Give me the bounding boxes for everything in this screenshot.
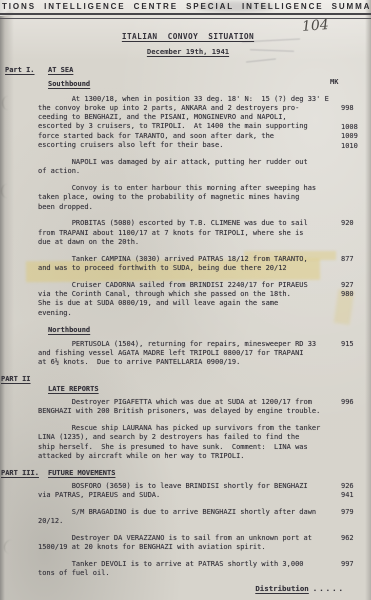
reference-number: 920: [341, 219, 354, 228]
document-title: ITALIAN CONVOY SITUATION: [38, 32, 338, 41]
reference-number: 926: [341, 482, 354, 491]
pencil-scribble: [246, 58, 276, 62]
paragraph-text: PERTUSOLA (1504), returning for repairs,…: [38, 340, 334, 368]
paragraph-napoli-damaged: NAPOLI was damaged by air attack, puttin…: [38, 158, 338, 177]
paragraph-pigafetta: Destroyer PIGAFETTA which was due at SUD…: [38, 398, 338, 417]
part1-heading: AT SEA: [48, 66, 73, 75]
paragraph-text: Convoy is to enter harbour this morning …: [38, 184, 334, 212]
paragraph-text: NAPOLI was damaged by air attack, puttin…: [38, 158, 334, 177]
part2-heading-row: LATE REPORTS: [38, 385, 353, 394]
part2-heading: LATE REPORTS: [48, 385, 99, 394]
paragraph-text: BOSFORO (3650) is to leave BRINDISI shor…: [38, 482, 334, 501]
reference-number: 1008: [341, 123, 358, 132]
reference-number: 996: [341, 398, 354, 407]
paragraph-convoy-split: At 1300/18, when in position 33 deg. 18'…: [38, 95, 338, 151]
reference-number: 962: [341, 534, 354, 543]
paragraph-bragadino: S/M BRAGADINO is due to arrive BENGHAZI …: [38, 508, 338, 527]
paragraph-probitas: PROBITAS (5080) escorted by T.B. CLIMENE…: [38, 219, 338, 247]
pencil-mark: [2, 539, 18, 556]
pencil-mark: [1, 184, 14, 198]
distribution-label: Distribution: [255, 584, 308, 593]
reference-number: 877: [341, 255, 354, 264]
part1-heading-row: Part I. AT SEA: [38, 66, 353, 75]
distribution-dots: .....: [313, 584, 345, 593]
paragraph-text: At 1300/18, when in position 33 deg. 18'…: [38, 95, 334, 151]
reference-number: 997: [341, 560, 354, 569]
paragraph-pertusola: PERTUSOLA (1504), returning for repairs,…: [38, 340, 338, 368]
paragraph-text: Tanker DEVOLI is to arrive at PATRAS sho…: [38, 560, 334, 579]
paragraph-text: Cruiser CADORNA sailed from BRINDISI 224…: [38, 281, 334, 318]
document-date: December 19th, 1941: [38, 47, 338, 56]
paragraph-bosforo: BOSFORO (3650) is to leave BRINDISI shor…: [38, 482, 338, 501]
paragraph-campina: Tanker CAMPINA (3030) arrived PATRAS 18/…: [38, 255, 338, 274]
paragraph-text: Destroyer PIGAFETTA which was due at SUD…: [38, 398, 334, 417]
reference-number: 915: [341, 340, 354, 349]
southbound-heading: Southbound: [48, 80, 90, 89]
distribution-note: Distribution.....: [255, 584, 345, 593]
paragraph-convoy-harbour: Convoy is to enter harbour this morning …: [38, 184, 338, 212]
northbound-heading: Northbound: [48, 326, 90, 335]
pencil-mark: [2, 96, 15, 110]
reference-number: 1009: [341, 132, 358, 141]
document-body: Part I. AT SEA Southbound At 1300/18, wh…: [38, 66, 353, 586]
masthead-title: TIONS INTELLIGENCE CENTRE SPECIAL INTELL…: [2, 2, 371, 11]
paragraph-text: Destroyer DA VERAZZANO is to sail from a…: [38, 534, 334, 553]
paragraph-text: Tanker CAMPINA (3030) arrived PATRAS 18/…: [38, 255, 334, 274]
reference-number: 927: [341, 281, 354, 290]
paragraph-text: Rescue ship LAURANA has picked up surviv…: [38, 424, 334, 461]
scanned-document-page: TIONS INTELLIGENCE CENTRE SPECIAL INTELL…: [0, 0, 371, 600]
reference-number: 941: [341, 491, 354, 500]
paragraph-laurana: Rescue ship LAURANA has picked up surviv…: [38, 424, 338, 461]
part1-label: Part I.: [5, 66, 35, 75]
part2-label: PART II: [1, 375, 316, 384]
paragraph-devoli: Tanker DEVOLI is to arrive at PATRAS sho…: [38, 560, 338, 579]
paragraph-cadorna: Cruiser CADORNA sailed from BRINDISI 224…: [38, 281, 338, 318]
part3-label: PART III.: [1, 469, 39, 478]
title-block: ITALIAN CONVOY SITUATION December 19th, …: [38, 32, 338, 56]
reference-number: 1010: [341, 142, 358, 151]
part3-heading: FUTURE MOVEMENTS: [48, 469, 115, 478]
paragraph-text: PROBITAS (5080) escorted by T.B. CLIMENE…: [38, 219, 334, 247]
reference-number: 980: [341, 290, 354, 299]
paragraph-da-verazzano: Destroyer DA VERAZZANO is to sail from a…: [38, 534, 338, 553]
reference-number: 979: [341, 508, 354, 517]
reference-number: 998: [341, 104, 354, 113]
part3-heading-row: PART III. FUTURE MOVEMENTS: [38, 469, 353, 478]
paragraph-text: S/M BRAGADINO is due to arrive BENGHAZI …: [38, 508, 334, 527]
